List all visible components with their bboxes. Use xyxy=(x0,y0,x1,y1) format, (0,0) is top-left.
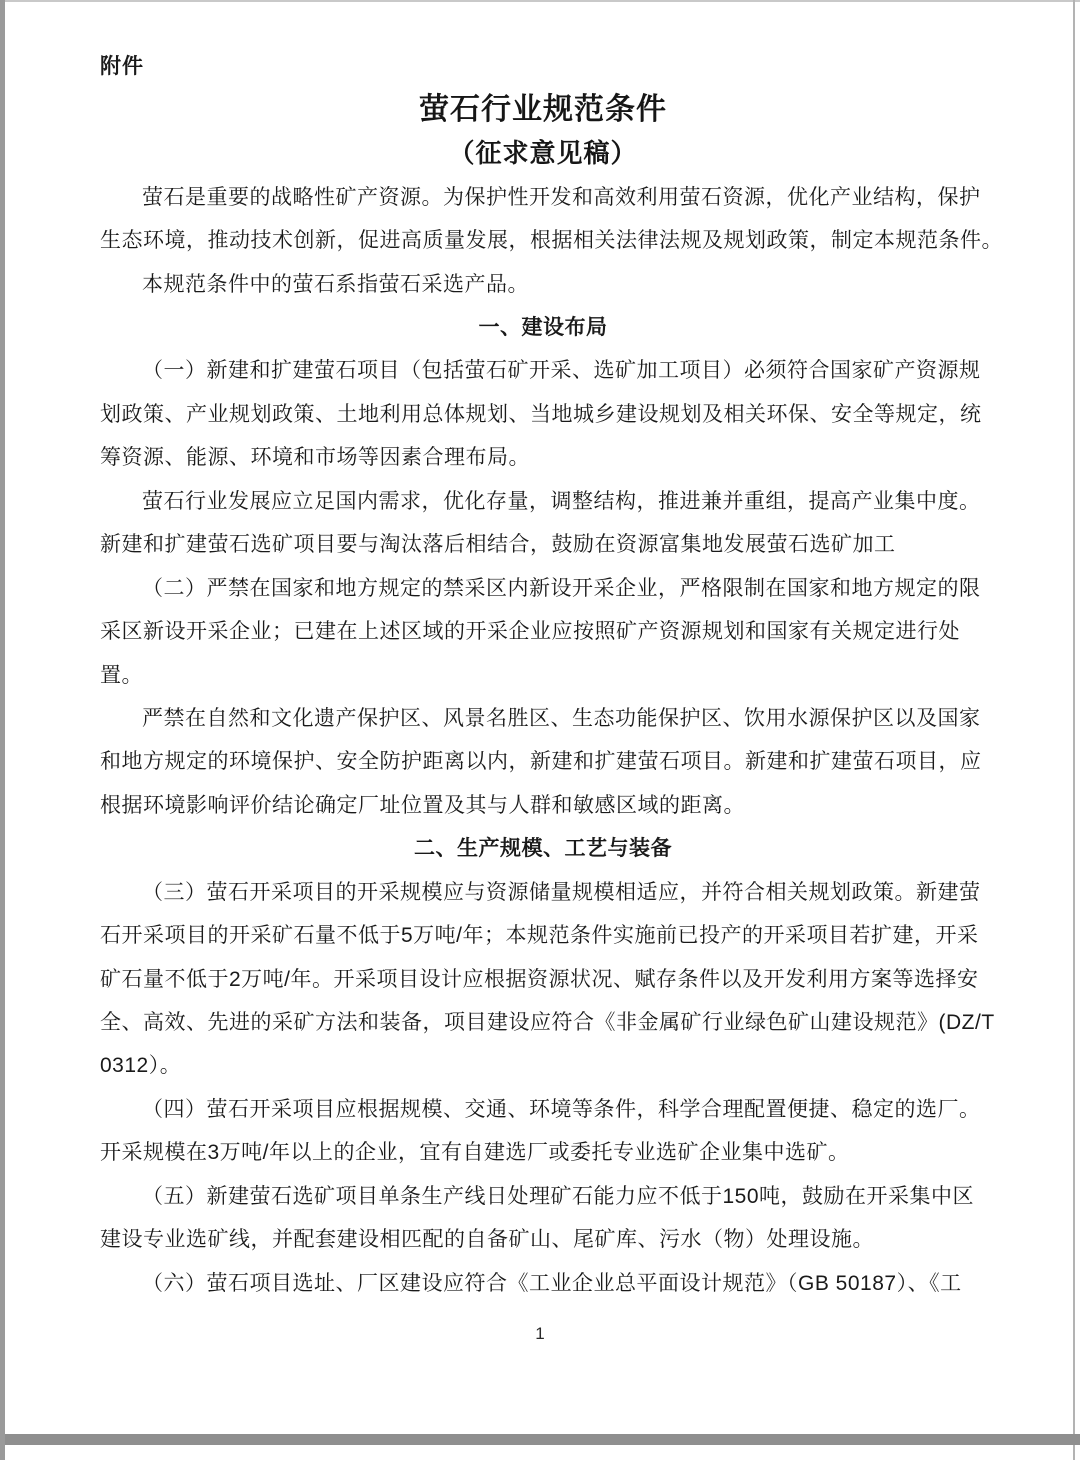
page-top-edge xyxy=(0,0,1080,2)
attachment-label: 附件 xyxy=(100,50,144,80)
document-line: （一）新建和扩建萤石项目（包括萤石矿开采、选矿加工项目）必须符合国家矿产资源规 xyxy=(100,348,986,391)
document-line: 矿石量不低于2万吨/年。开采项目设计应根据资源状况、赋存条件以及开发利用方案等选… xyxy=(100,956,986,999)
document-line: 萤石是重要的战略性矿产资源。为保护性开发和高效利用萤石资源，优化产业结构，保护 xyxy=(100,174,986,217)
document-line: 生态环境，推动技术创新，促进高质量发展，根据相关法律法规及规划政策，制定本规范条… xyxy=(100,217,986,260)
document-line: 划政策、产业规划政策、土地利用总体规划、当地城乡建设规划及相关环保、安全等规定，… xyxy=(100,391,986,434)
page-left-edge xyxy=(0,0,5,1460)
document-line: 本规范条件中的萤石系指萤石采选产品。 xyxy=(100,261,986,304)
document-line: 和地方规定的环境保护、安全防护距离以内，新建和扩建萤石项目。新建和扩建萤石项目，… xyxy=(100,739,986,782)
document-line: 0312）。 xyxy=(100,1043,986,1086)
document-line: 采区新设开采企业；已建在上述区域的开采企业应按照矿产资源规划和国家有关规定进行处 xyxy=(100,608,986,651)
document-line: 二、生产规模、工艺与装备 xyxy=(100,826,986,869)
document-line: 根据环境影响评价结论确定厂址位置及其与人群和敏感区域的距离。 xyxy=(100,782,986,825)
page-right-edge xyxy=(1073,0,1075,1460)
document-title: 萤石行业规范条件 xyxy=(100,84,986,128)
document-body: 萤石是重要的战略性矿产资源。为保护性开发和高效利用萤石资源，优化产业结构，保护生… xyxy=(100,174,986,1303)
document-line: 一、建设布局 xyxy=(100,304,986,347)
page-separator xyxy=(0,1434,1080,1445)
document-line: 建设专业选矿线，并配套建设相匹配的自备矿山、尾矿库、污水（物）处理设施。 xyxy=(100,1217,986,1260)
document-line: （五）新建萤石选矿项目单条生产线日处理矿石能力应不低于150吨，鼓励在开采集中区 xyxy=(100,1173,986,1216)
document-page: 附件 萤石行业规范条件 （征求意见稿） 萤石是重要的战略性矿产资源。为保护性开发… xyxy=(0,0,1080,1460)
document-line: （六）萤石项目选址、厂区建设应符合《工业企业总平面设计规范》（GB 50187）… xyxy=(100,1260,986,1303)
document-line: 严禁在自然和文化遗产保护区、风景名胜区、生态功能保护区、饮用水源保护区以及国家 xyxy=(100,695,986,738)
document-line: （四）萤石开采项目应根据规模、交通、环境等条件，科学合理配置便捷、稳定的选厂。 xyxy=(100,1086,986,1129)
document-line: 筹资源、能源、环境和市场等因素合理布局。 xyxy=(100,435,986,478)
document-line: （二）严禁在国家和地方规定的禁采区内新设开采企业，严格限制在国家和地方规定的限 xyxy=(100,565,986,608)
document-line: （三）萤石开采项目的开采规模应与资源储量规模相适应，并符合相关规划政策。新建萤 xyxy=(100,869,986,912)
document-line: 萤石行业发展应立足国内需求，优化存量，调整结构，推进兼并重组，提高产业集中度。 xyxy=(100,478,986,521)
document-subtitle: （征求意见稿） xyxy=(100,133,986,170)
document-line: 置。 xyxy=(100,652,986,695)
document-line: 全、高效、先进的采矿方法和装备，项目建设应符合《非金属矿行业绿色矿山建设规范》(… xyxy=(100,999,986,1042)
document-line: 开采规模在3万吨/年以上的企业，宜有自建选厂或委托专业选矿企业集中选矿。 xyxy=(100,1130,986,1173)
document-line: 新建和扩建萤石选矿项目要与淘汰落后相结合，鼓励在资源富集地发展萤石选矿加工 xyxy=(100,522,986,565)
document-line: 石开采项目的开采矿石量不低于5万吨/年；本规范条件实施前已投产的开采项目若扩建，… xyxy=(100,912,986,955)
page-number: 1 xyxy=(0,1324,1080,1344)
